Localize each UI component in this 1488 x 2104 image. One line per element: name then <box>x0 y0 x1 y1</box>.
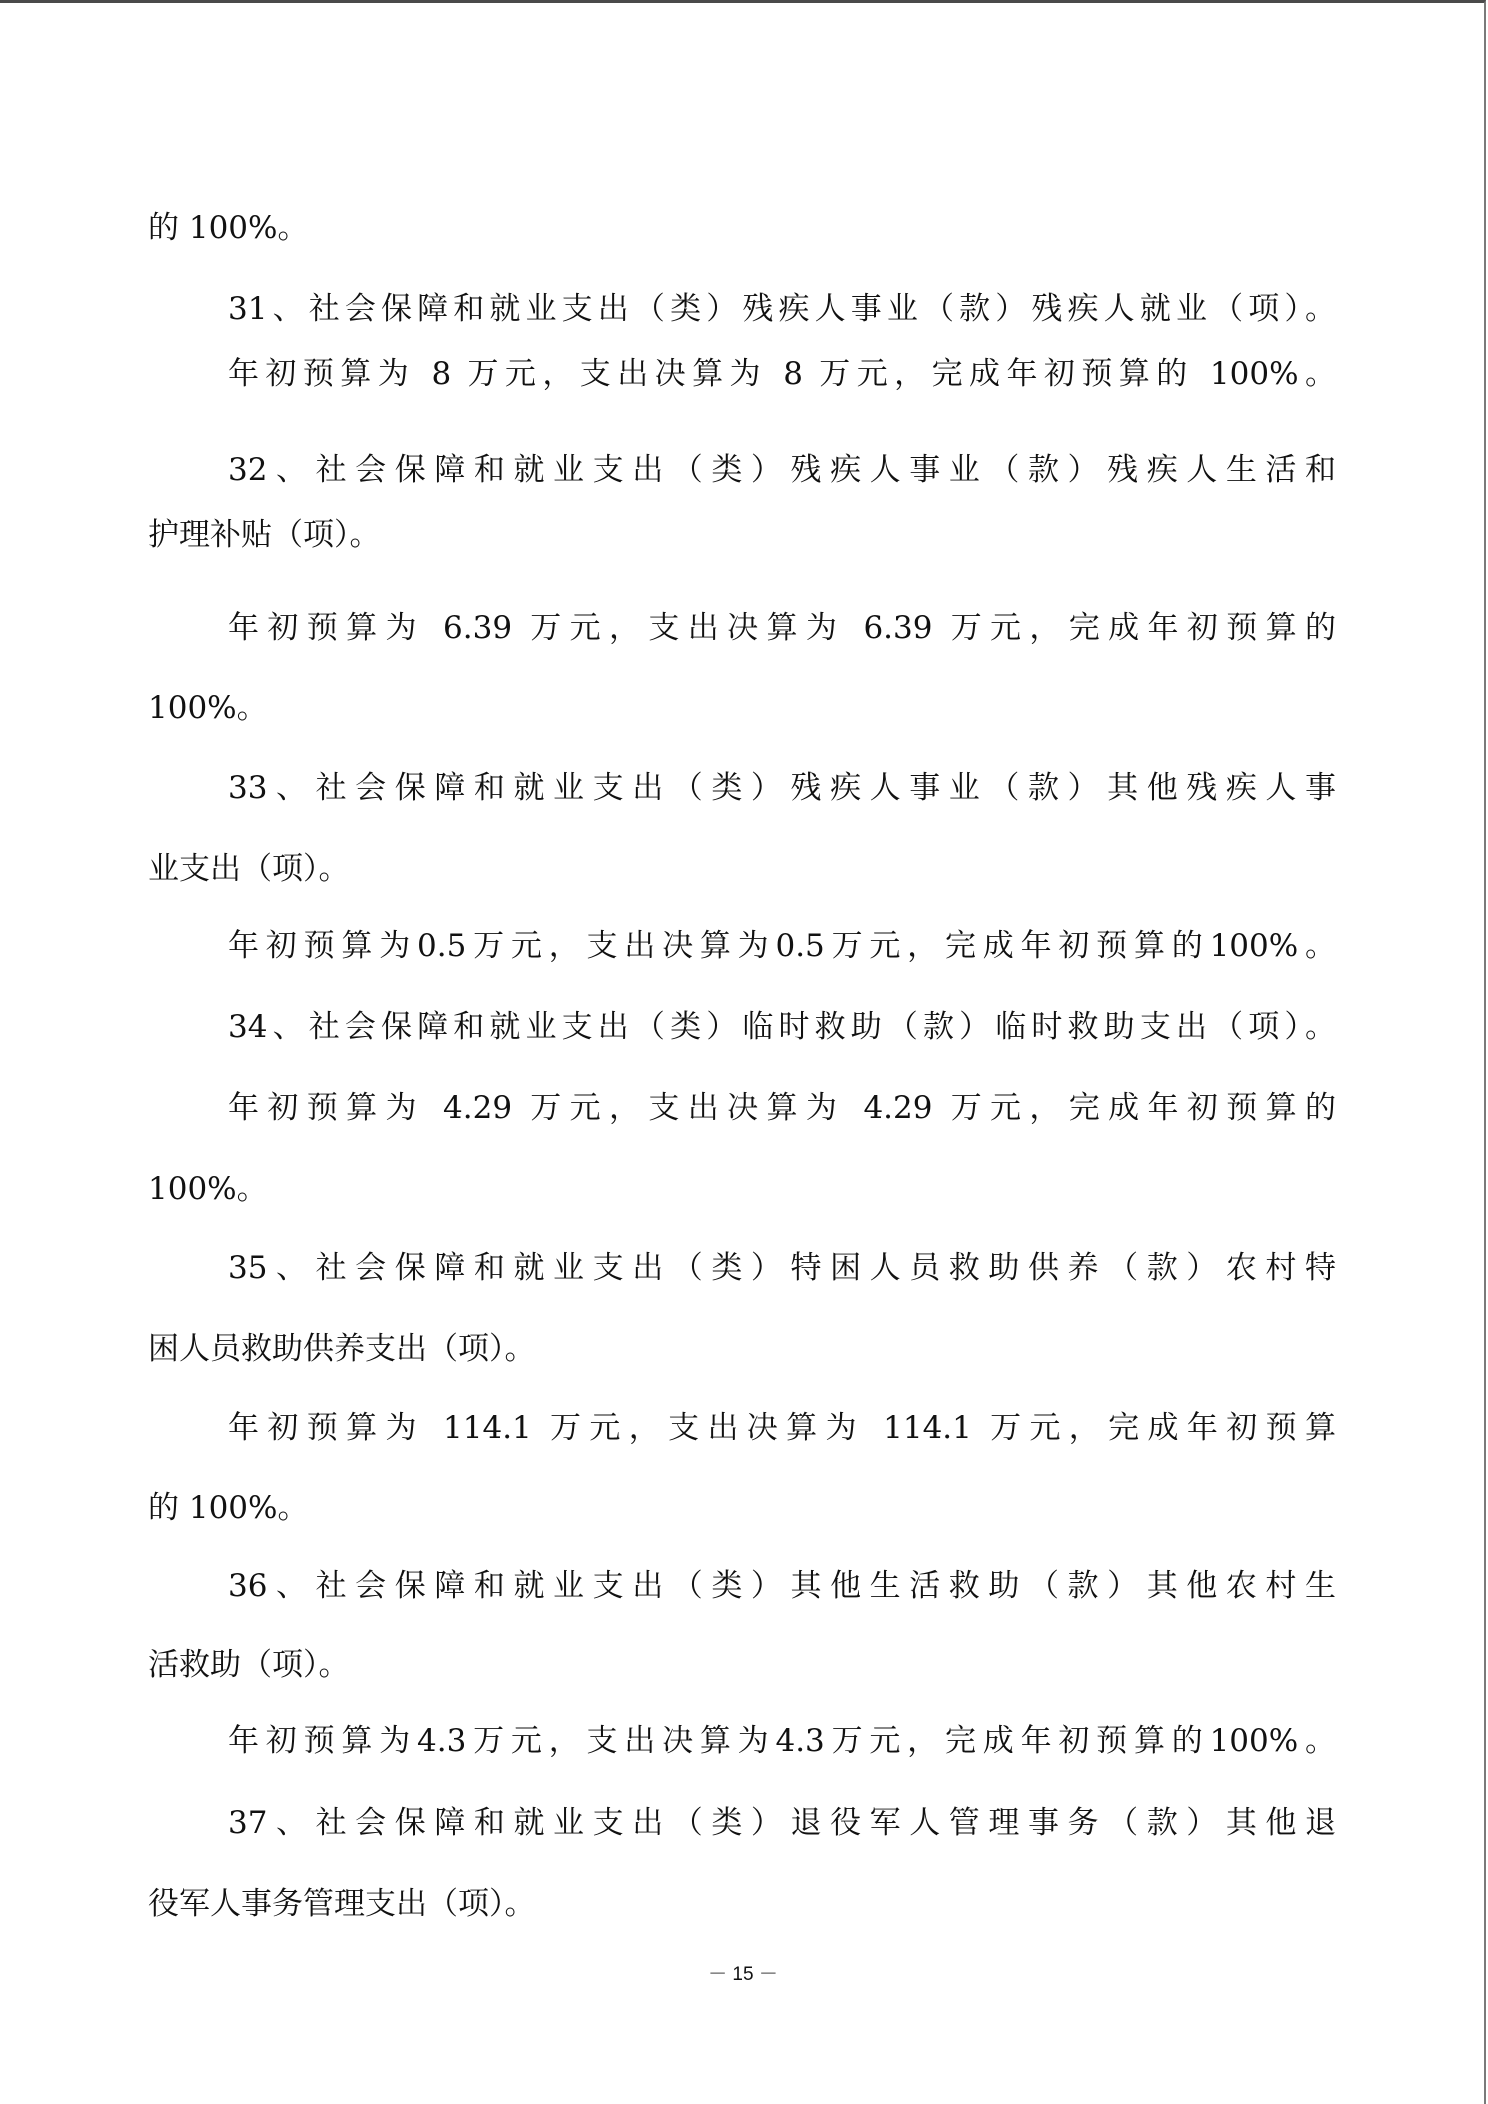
item-36-heading: 36、社会保障和就业支出（类）其他生活救助（款）其他农村生 <box>228 1566 1336 1606</box>
item-35-budget-cont: 的 100%。 <box>148 1488 308 1528</box>
item-34-budget: 年初预算为 4.29 万元，支出决算为 4.29 万元，完成年初预算的 <box>228 1088 1336 1128</box>
item-34-heading: 34、社会保障和就业支出（类）临时救助（款）临时救助支出（项）。 <box>228 1007 1336 1047</box>
item-32-heading-cont: 护理补贴（项）。 <box>148 515 381 555</box>
item-34-budget-cont: 100%。 <box>148 1169 268 1209</box>
item-33-heading-cont: 业支出（项）。 <box>148 849 350 889</box>
item-33-budget: 年初预算为0.5万元，支出决算为0.5万元，完成年初预算的100%。 <box>228 926 1336 966</box>
item-32-budget-cont: 100%。 <box>148 688 268 728</box>
item-35-budget: 年初预算为 114.1 万元，支出决算为 114.1 万元，完成年初预算 <box>228 1408 1336 1448</box>
item-32-heading: 32、社会保障和就业支出（类）残疾人事业（款）残疾人生活和 <box>228 450 1336 490</box>
item-35-heading: 35、社会保障和就业支出（类）特困人员救助供养（款）农村特 <box>228 1248 1336 1288</box>
item-35-heading-cont: 困人员救助供养支出（项）。 <box>148 1329 536 1369</box>
item-32-budget: 年初预算为 6.39 万元，支出决算为 6.39 万元，完成年初预算的 <box>228 608 1336 648</box>
item-37-heading: 37、社会保障和就业支出（类）退役军人管理事务（款）其他退 <box>228 1803 1336 1843</box>
text-line: 的 100%。 <box>148 208 308 248</box>
item-36-budget: 年初预算为4.3万元，支出决算为4.3万元，完成年初预算的100%。 <box>228 1721 1336 1761</box>
item-33-heading: 33、社会保障和就业支出（类）残疾人事业（款）其他残疾人事 <box>228 768 1336 808</box>
page-number: － 15 － <box>0 1963 1486 1987</box>
document-page: 的 100%。 31、社会保障和就业支出（类）残疾人事业（款）残疾人就业（项）。… <box>0 0 1486 2104</box>
item-31-budget: 年初预算为 8 万元，支出决算为 8 万元，完成年初预算的 100%。 <box>228 354 1336 394</box>
item-31-heading: 31、社会保障和就业支出（类）残疾人事业（款）残疾人就业（项）。 <box>228 289 1336 329</box>
item-36-heading-cont: 活救助（项）。 <box>148 1645 350 1685</box>
item-37-heading-cont: 役军人事务管理支出（项）。 <box>148 1884 536 1924</box>
